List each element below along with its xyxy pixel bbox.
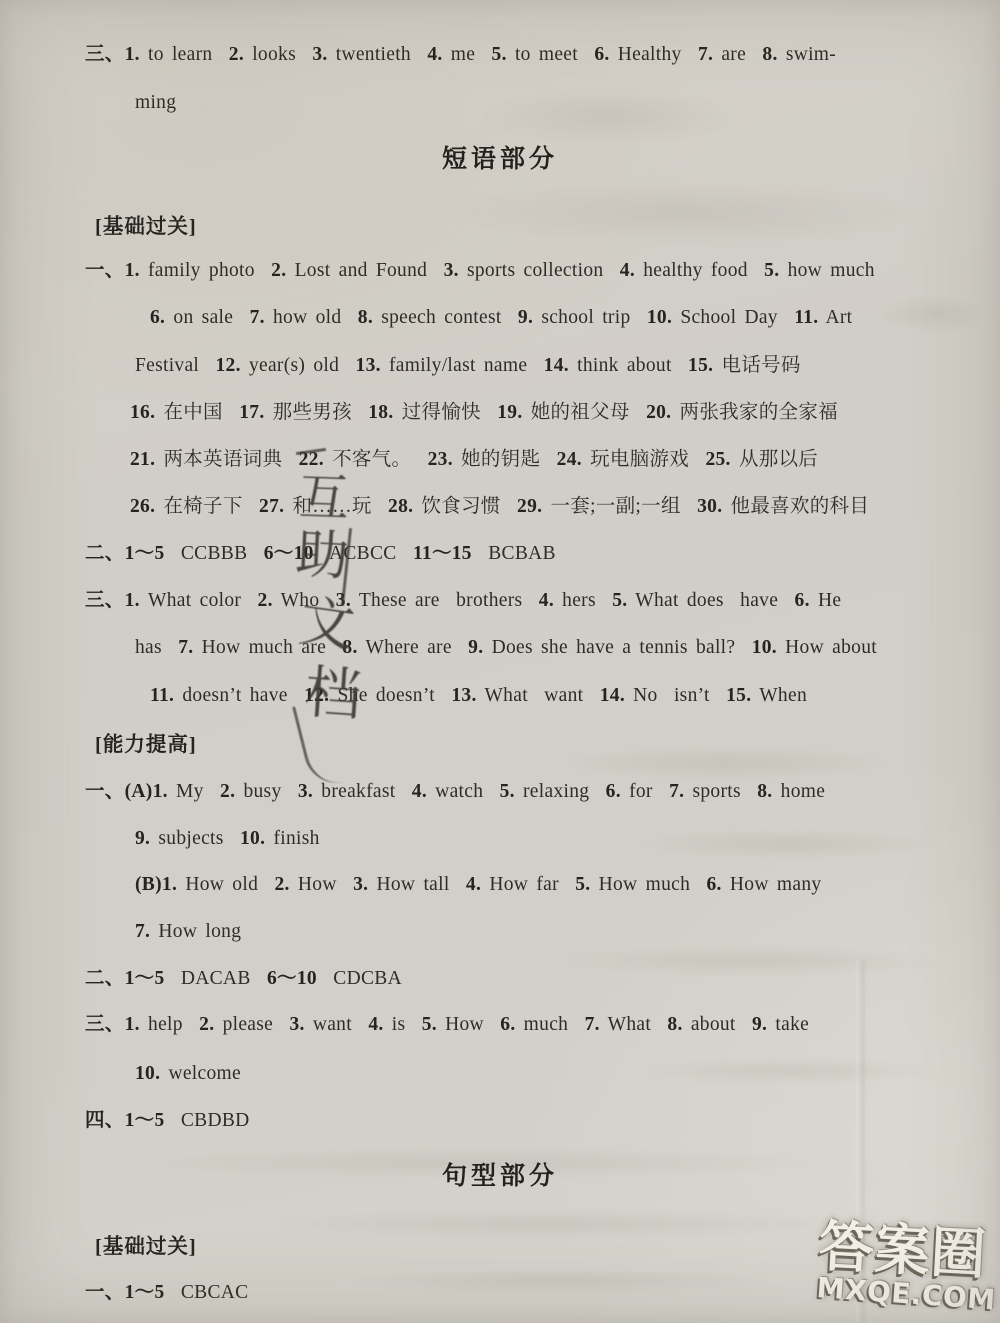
- phrases-answers-line-4: 16. 在中国 17. 那些男孩 18. 过得愉快 19. 她的祖父母 20. …: [130, 402, 838, 423]
- ability-section4-answers: 四、1～5 CBDBD: [85, 1110, 250, 1131]
- basic-practice-label-phrases: [基础过关]: [95, 216, 197, 239]
- ability-improve-label: [能力提高]: [95, 734, 197, 757]
- phrases-fill-answers-1: 三、1. What color 2. Who 3. These are brot…: [85, 590, 841, 611]
- phrase-section-title: 短语部分: [0, 146, 1000, 174]
- phrases-answers-line-1: 一、1. family photo 2. Lost and Found 3. s…: [85, 260, 875, 281]
- bleedthrough-smudge: [560, 946, 940, 976]
- ability-fill-answers-1: 三、1. help 2. please 3. want 4. is 5. How…: [85, 1014, 809, 1035]
- ability-fill-answers-2: 10. welcome: [135, 1063, 241, 1084]
- bleedthrough-smudge: [250, 1210, 870, 1238]
- basic-practice-label-sentences: [基础过关]: [95, 1236, 197, 1259]
- ability-choice-answers: 二、1～5 DACAB 6～10 CDCBA: [85, 968, 402, 989]
- ability-answers-a-line-1: 一、(A)1. My 2. busy 3. breakfast 4. watch…: [85, 781, 825, 802]
- bleedthrough-smudge: [450, 182, 920, 244]
- bleedthrough-smudge: [350, 1268, 770, 1294]
- phrases-answers-line-6: 26. 在椅子下 27. 和……玩 28. 饮食习惯 29. 一套;一副;一组 …: [130, 496, 869, 517]
- ability-answers-b-line-1: (B)1. How old 2. How 3. How tall 4. How …: [135, 874, 821, 895]
- site-watermark: 答案圈 MXQE.COM: [816, 1219, 1000, 1314]
- scanned-answer-key-page: 三、1. to learn 2. looks 3. twentieth 4. m…: [0, 0, 1000, 1323]
- answers-vocab-line-1: 三、1. to learn 2. looks 3. twentieth 4. m…: [85, 44, 836, 65]
- phrases-answers-line-5: 21. 两本英语词典 22. 不客气。 23. 她的钥匙 24. 玩电脑游戏 2…: [130, 449, 818, 470]
- bleedthrough-smudge: [640, 1058, 940, 1084]
- bleedthrough-smudge: [880, 296, 990, 332]
- answers-vocab-line-2: ming: [135, 92, 176, 113]
- phrases-answers-line-3: Festival 12. year(s) old 13. family/last…: [135, 355, 801, 376]
- phrases-fill-answers-3: 11. doesn’t have 12. She doesn’t 13. Wha…: [150, 685, 807, 706]
- bleedthrough-smudge: [560, 748, 890, 778]
- bleedthrough-smudge: [640, 830, 940, 858]
- bleedthrough-smudge: [480, 88, 740, 144]
- sentence-section-title: 句型部分: [0, 1163, 1000, 1191]
- ability-answers-a-line-2: 9. subjects 10. finish: [135, 828, 320, 849]
- ability-answers-b-line-2: 7. How long: [135, 921, 241, 942]
- sentences-choice-answers: 一、1～5 CBCAC: [85, 1282, 248, 1303]
- phrases-answers-line-2: 6. on sale 7. how old 8. speech contest …: [150, 307, 852, 328]
- phrases-fill-answers-2: has 7. How much are 8. Where are 9. Does…: [135, 637, 877, 658]
